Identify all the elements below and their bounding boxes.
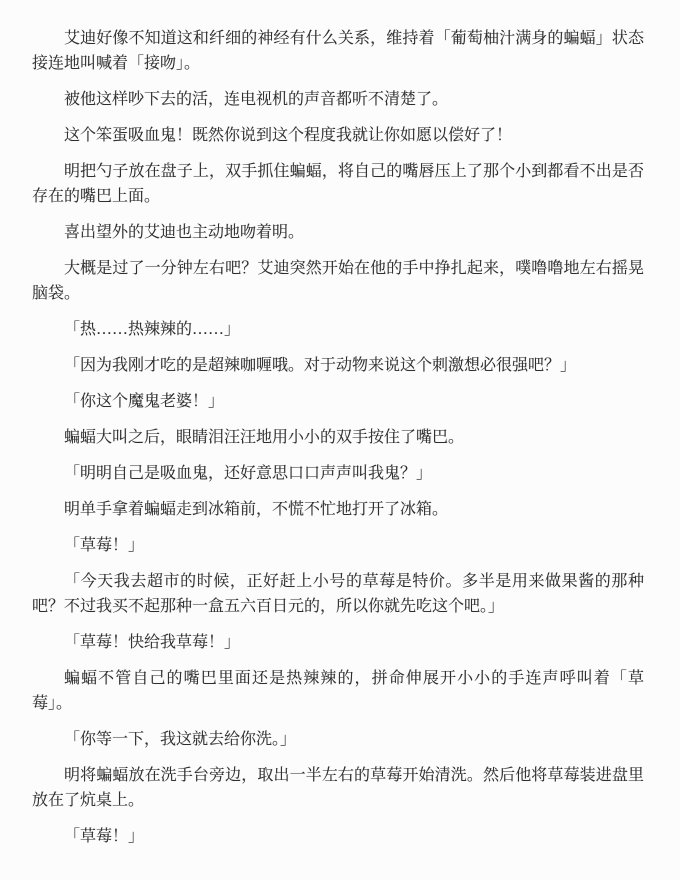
paragraph-narration-2: 被他这样吵下去的活，连电视机的声音都听不清楚了。 — [32, 87, 644, 112]
paragraph-narration-8: 明单手拿着蝙蝠走到冰箱前，不慌不忙地打开了冰箱。 — [32, 497, 644, 522]
paragraph-dialogue-2: 「因为我刚才吃的是超辣咖喱哦。对于动物来说这个刺激想必很强吧？」 — [32, 353, 644, 378]
paragraph-narration-3: 这个笨蛋吸血鬼！既然你说到这个程度我就让你如愿以偿好了！ — [32, 123, 644, 148]
paragraph-narration-9: 蝙蝠不管自己的嘴巴里面还是热辣辣的，拼命伸展开小小的手连声呼叫着「草莓」。 — [32, 666, 644, 716]
paragraph-dialogue-6: 「今天我去超市的时候，正好赶上小号的草莓是特价。多半是用来做果酱的那种吧？不过我… — [32, 569, 644, 619]
paragraph-dialogue-9: 「草莓！」 — [32, 824, 644, 849]
paragraph-narration-7: 蝙蝠大叫之后，眼睛泪汪汪地用小小的双手按住了嘴巴。 — [32, 425, 644, 450]
paragraph-dialogue-8: 「你等一下，我这就去给你洗。」 — [32, 727, 644, 752]
paragraph-narration-10: 明将蝙蝠放在洗手台旁边，取出一半左右的草莓开始清洗。然后他将草莓装进盘里放在了炕… — [32, 763, 644, 813]
novel-page: 艾迪好像不知道这和纤细的神经有什么关系，维持着「葡萄柚汁满身的蝙蝠」状态接连地叫… — [0, 0, 680, 880]
paragraph-dialogue-7: 「草莓！快给我草莓！」 — [32, 630, 644, 655]
paragraph-narration-1: 艾迪好像不知道这和纤细的神经有什么关系，维持着「葡萄柚汁满身的蝙蝠」状态接连地叫… — [32, 26, 644, 76]
paragraph-dialogue-4: 「明明自己是吸血鬼，还好意思口口声声叫我鬼？」 — [32, 461, 644, 486]
paragraph-narration-6: 大概是过了一分钟左右吧？艾迪突然开始在他的手中挣扎起来，噗噜噜地左右摇晃脑袋。 — [32, 256, 644, 306]
paragraph-narration-4: 明把勺子放在盘子上，双手抓住蝙蝠，将自己的嘴唇压上了那个小到都看不出是否存在的嘴… — [32, 159, 644, 209]
paragraph-dialogue-5: 「草莓！」 — [32, 533, 644, 558]
paragraph-dialogue-1: 「热……热辣辣的……」 — [32, 317, 644, 342]
paragraph-dialogue-3: 「你这个魔鬼老婆！」 — [32, 389, 644, 414]
paragraph-narration-5: 喜出望外的艾迪也主动地吻着明。 — [32, 220, 644, 245]
